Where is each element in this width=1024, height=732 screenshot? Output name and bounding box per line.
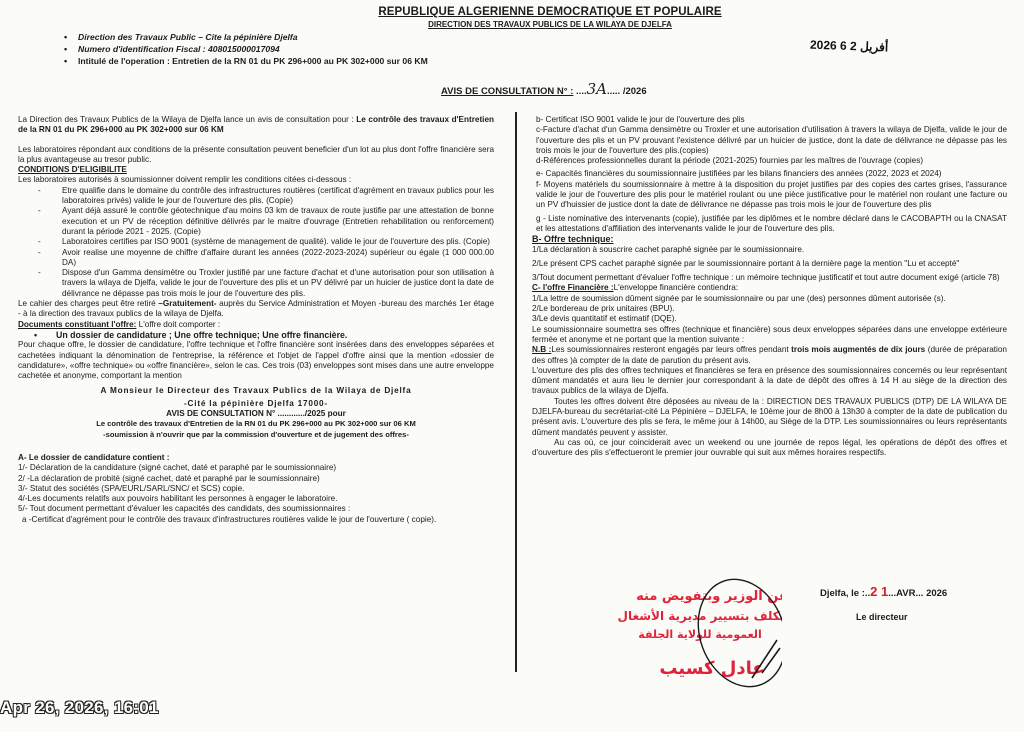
photo-timestamp: Apr 26, 2026, 16:01 xyxy=(0,698,159,718)
capacity-item: e- Capacités financières du soumissionna… xyxy=(532,169,1007,179)
right-column: b- Certificat ISO 9001 valide le jour de… xyxy=(532,115,1007,459)
documents-bullet: Un dossier de candidature ; Une offre te… xyxy=(18,330,494,340)
financiere-item: 3/Le devis quantitatif et estimatif (DQE… xyxy=(532,314,1007,324)
bullet-icon: • xyxy=(64,31,78,43)
financiere-item: 1/La lettre de soumission dûment signée … xyxy=(532,294,1007,304)
documents-line: Documents constituant l'offre: L'offre d… xyxy=(18,320,494,330)
condition-item: Avoir realise une moyenne de chiffre d'a… xyxy=(18,248,494,269)
address-line: -soumission à n'ouvrir que par la commis… xyxy=(18,430,494,440)
weekend-paragraph: Au cas où, ce jour coinciderait avec un … xyxy=(532,438,1007,459)
technique-item: 2/Le présent CPS cachet paraphé signée p… xyxy=(532,259,1007,269)
opening-paragraph: L'ouverture des plis des offres techniqu… xyxy=(532,366,1007,397)
condition-item: Ayant déjà assuré le contrôle géotechniq… xyxy=(18,206,494,237)
condition-item: Etre qualifie dans le domaine du contrôl… xyxy=(18,186,494,207)
director-label: Le directeur xyxy=(856,612,908,622)
nb-paragraph: N.B :Les soumissionnaires resteront enga… xyxy=(532,345,1007,366)
info-item-direction: •Direction des Travaux Public – Cite la … xyxy=(64,31,428,43)
signature-date: Djelfa, le :..2 1...AVR... 2026 xyxy=(820,584,947,599)
financiere-line: C- l'offre Financière :L'enveloppe finan… xyxy=(532,283,1007,293)
avis-consultation-number: AVIS DE CONSULTATION N° : ....3A..... /2… xyxy=(441,80,647,98)
info-item-operation: •Intitulé de l'operation : Entretien de … xyxy=(64,55,428,67)
republic-title: REPUBLIQUE ALGERIENNE DEMOCRATIQUE ET PO… xyxy=(360,6,740,18)
left-column: La Direction des Travaux Publics de la W… xyxy=(18,115,494,525)
dossier-item: 2/ -La déclaration de probité (signé cac… xyxy=(18,474,494,484)
dossier-item: a -Certificat d'agrément pour le contrôl… xyxy=(18,515,494,525)
technique-heading: B- Offre technique: xyxy=(532,234,1007,244)
capacity-item: b- Certificat ISO 9001 valide le jour de… xyxy=(532,115,1007,125)
cahier-paragraph: Le cahier des charges peut être retiré –… xyxy=(18,299,494,320)
info-item-fiscal-id: •Numero d'identification Fiscal : 408015… xyxy=(64,43,428,55)
address-line: Le contrôle des travaux d'Entretien de l… xyxy=(18,419,494,429)
handwritten-number: 3A xyxy=(587,80,607,98)
technique-item: 3/Tout document permettant d'évaluer l'o… xyxy=(532,273,1007,283)
envelopes-paragraph: Pour chaque offre, le dossier de candida… xyxy=(18,340,494,381)
address-line: AVIS DE CONSULTATION N° ............/202… xyxy=(18,409,494,419)
svg-text:عادل كسيب: عادل كسيب xyxy=(659,658,764,679)
received-date-stamp: 2026 أفريل 2 6 xyxy=(810,38,889,55)
capacity-item: g - Liste nominative des intervenants (c… xyxy=(532,214,1007,235)
technique-item: 1/La déclaration à souscrire cachet para… xyxy=(532,245,1007,255)
capacity-item: c-Facture d'achat d'un Gamma densimètre … xyxy=(532,125,1007,156)
scanned-document: REPUBLIQUE ALGERIENNE DEMOCRATIQUE ET PO… xyxy=(0,0,1024,732)
direction-subtitle: DIRECTION DES TRAVAUX PUBLICS DE LA WILA… xyxy=(360,20,740,29)
header-info-list: •Direction des Travaux Public – Cite la … xyxy=(64,31,428,67)
eligibility-intro: Les laboratoires autorisés à soumissionn… xyxy=(18,175,494,185)
dossier-item: 5/- Tout document permettant d'évaluer l… xyxy=(18,504,494,514)
submission-paragraph: Le soumissionnaire soumettra ses offres … xyxy=(532,325,1007,346)
eligibility-heading: CONDITIONS D'ELIGIBILITE xyxy=(18,165,494,175)
official-seal-signature-icon: عن الوزير وبتفويض منه المكلف بتسيير مدير… xyxy=(612,578,782,688)
deposit-paragraph: Toutes les offres doivent être déposées … xyxy=(532,397,1007,438)
bullet-icon: • xyxy=(64,55,78,67)
labs-paragraph: Les laboratoires répondant aux condition… xyxy=(18,145,494,166)
address-line: -Cité la pépinière Djelfa 17000- xyxy=(18,399,494,409)
capacity-item: f- Moyens matériels du soumissionnaire à… xyxy=(532,180,1007,211)
address-line: A Monsieur le Directeur des Travaux Publ… xyxy=(18,386,494,396)
dossier-item: 3/- Statut des sociétés (SPA/EURL/SARL/S… xyxy=(18,484,494,494)
column-divider xyxy=(515,112,517,672)
capacity-item: d-Références professionnelles durant la … xyxy=(532,156,1007,166)
dossier-heading: A- Le dossier de candidature contient : xyxy=(18,453,494,463)
bullet-icon: • xyxy=(64,43,78,55)
dossier-item: 1/- Déclaration de la candidature (signé… xyxy=(18,463,494,473)
dossier-item: 4/-Les documents relatifs aux pouvoirs h… xyxy=(18,494,494,504)
condition-item: Dispose d'un Gamma densimètre ou Troxler… xyxy=(18,268,494,299)
financiere-item: 2/Le bordereau de prix unitaires (BPU). xyxy=(532,304,1007,314)
condition-item: Laboratoires certifies par ISO 9001 (sys… xyxy=(18,237,494,247)
intro-paragraph: La Direction des Travaux Publics de la W… xyxy=(18,115,494,136)
